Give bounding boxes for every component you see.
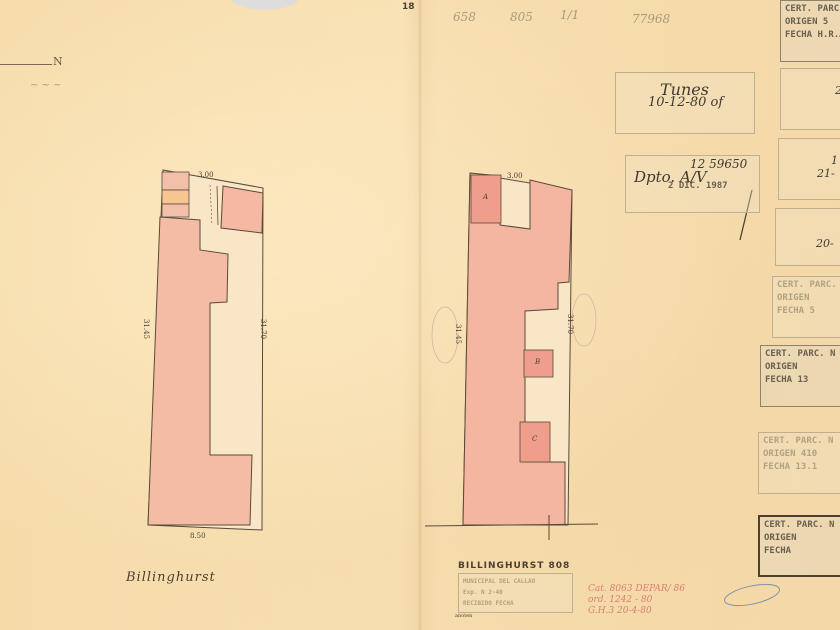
left-small-block-1 — [162, 172, 189, 190]
stamp-right-8: CERT. PARC. N ORIGEN FECHA — [758, 515, 840, 577]
left-bottom-dim: 8.50 — [190, 532, 206, 540]
stamp-right-5: CERT. PARC. N ORIGEN FECHA 5 — [772, 276, 840, 338]
left-plan — [148, 170, 263, 530]
stamp-right-2: 2 — [780, 68, 840, 130]
stamp-right-6: CERT. PARC. N ORIGEN FECHA 13 — [760, 345, 840, 407]
right-right-dim: 31.70 — [566, 314, 574, 334]
left-left-dim: 31.45 — [142, 319, 150, 339]
right-unit-b-label: B — [535, 358, 540, 366]
stamp-dpto: 12 59650 Dpto. A/V 2 DIC. 1987 — [625, 155, 760, 213]
left-small-block-2 — [162, 190, 189, 204]
stamp-right-1: CERT. PARC. N ORIGEN 5 FECHA H.R.A. — [780, 0, 840, 62]
stamp-right-4: 20- — [775, 208, 840, 266]
left-top-dim: 3.00 — [198, 171, 214, 179]
left-corner-block — [221, 186, 263, 233]
stamp-right-3: 1 21- — [778, 138, 840, 200]
right-top-dim: 3.00 — [507, 172, 523, 180]
right-plan — [425, 173, 598, 540]
left-street-label: Billinghurst — [126, 570, 216, 585]
left-small-block-3 — [162, 204, 189, 217]
stamp-note: anoten — [455, 613, 472, 619]
stamp-tunes: Tunes 10-12-80 of — [615, 72, 755, 134]
right-unit-a-label: A — [483, 193, 488, 201]
right-left-dim: 31.45 — [454, 324, 462, 344]
stamp-right-7: CERT. PARC. N ORIGEN 410 FECHA 13.1 — [758, 432, 840, 494]
red-pencil-notes: Cat. 8063 DEPAR/ 86 ord. 1242 - 80 G.H.3… — [588, 584, 685, 617]
left-right-dim: 31.70 — [259, 319, 267, 339]
stamp-municipal: MUNICIPAL DEL CALLAO Exp. N 2-40 RECIBID… — [458, 573, 573, 613]
right-street-label: BILLINGHURST 808 — [458, 561, 570, 571]
right-unit-c-label: C — [532, 435, 537, 443]
